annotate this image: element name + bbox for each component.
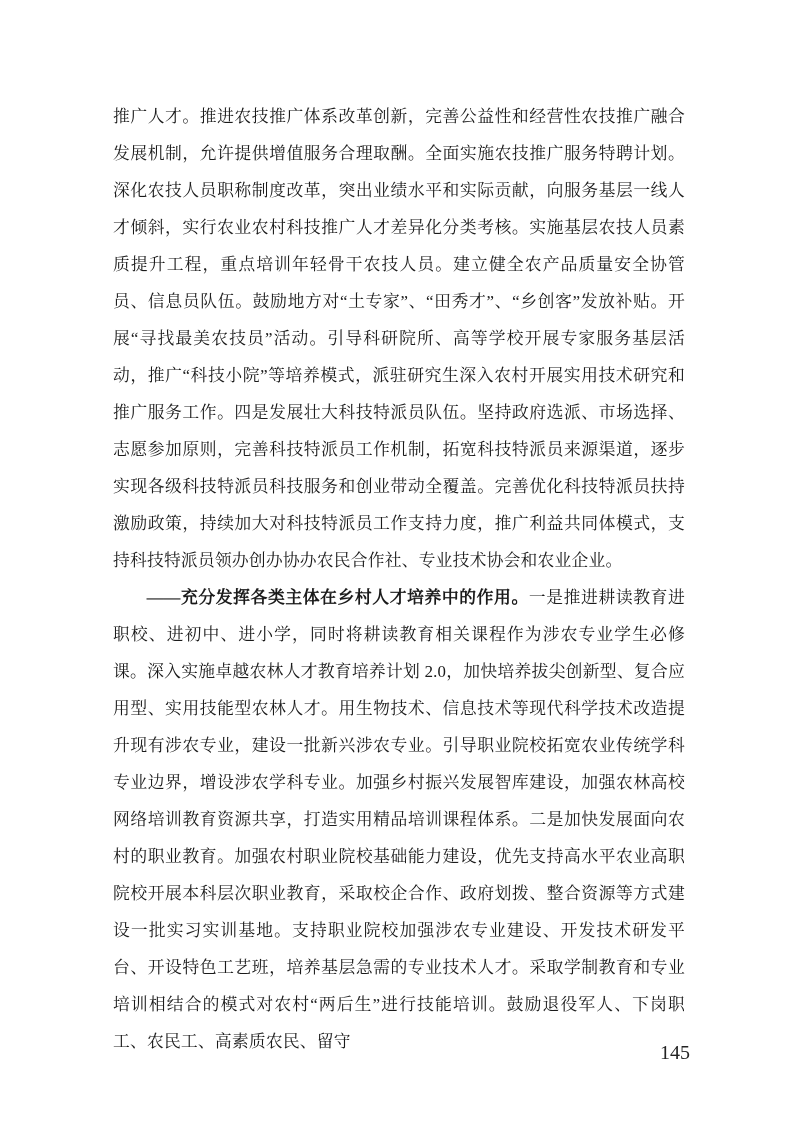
paragraph-body-text: 一是推进耕读教育进职校、进初中、进小学，同时将耕读教育相关课程作为涉农专业学生必… <box>113 588 685 1051</box>
page-text-area: 推广人才。推进农技推广体系改革创新，完善公益性和经营性农技推广融合发展机制，允许… <box>113 98 685 1060</box>
document-page: 推广人才。推进农技推广体系改革创新，完善公益性和经营性农技推广融合发展机制，允许… <box>0 0 793 1122</box>
paragraph-continued: 推广人才。推进农技推广体系改革创新，完善公益性和经营性农技推广融合发展机制，允许… <box>113 98 685 579</box>
paragraph-rural-talent-cultivation: ——充分发挥各类主体在乡村人才培养中的作用。一是推进耕读教育进职校、进初中、进小… <box>113 579 685 1060</box>
page-number: 145 <box>645 1041 705 1065</box>
paragraph-lead-heading: ——充分发挥各类主体在乡村人才培养中的作用。 <box>147 588 529 607</box>
